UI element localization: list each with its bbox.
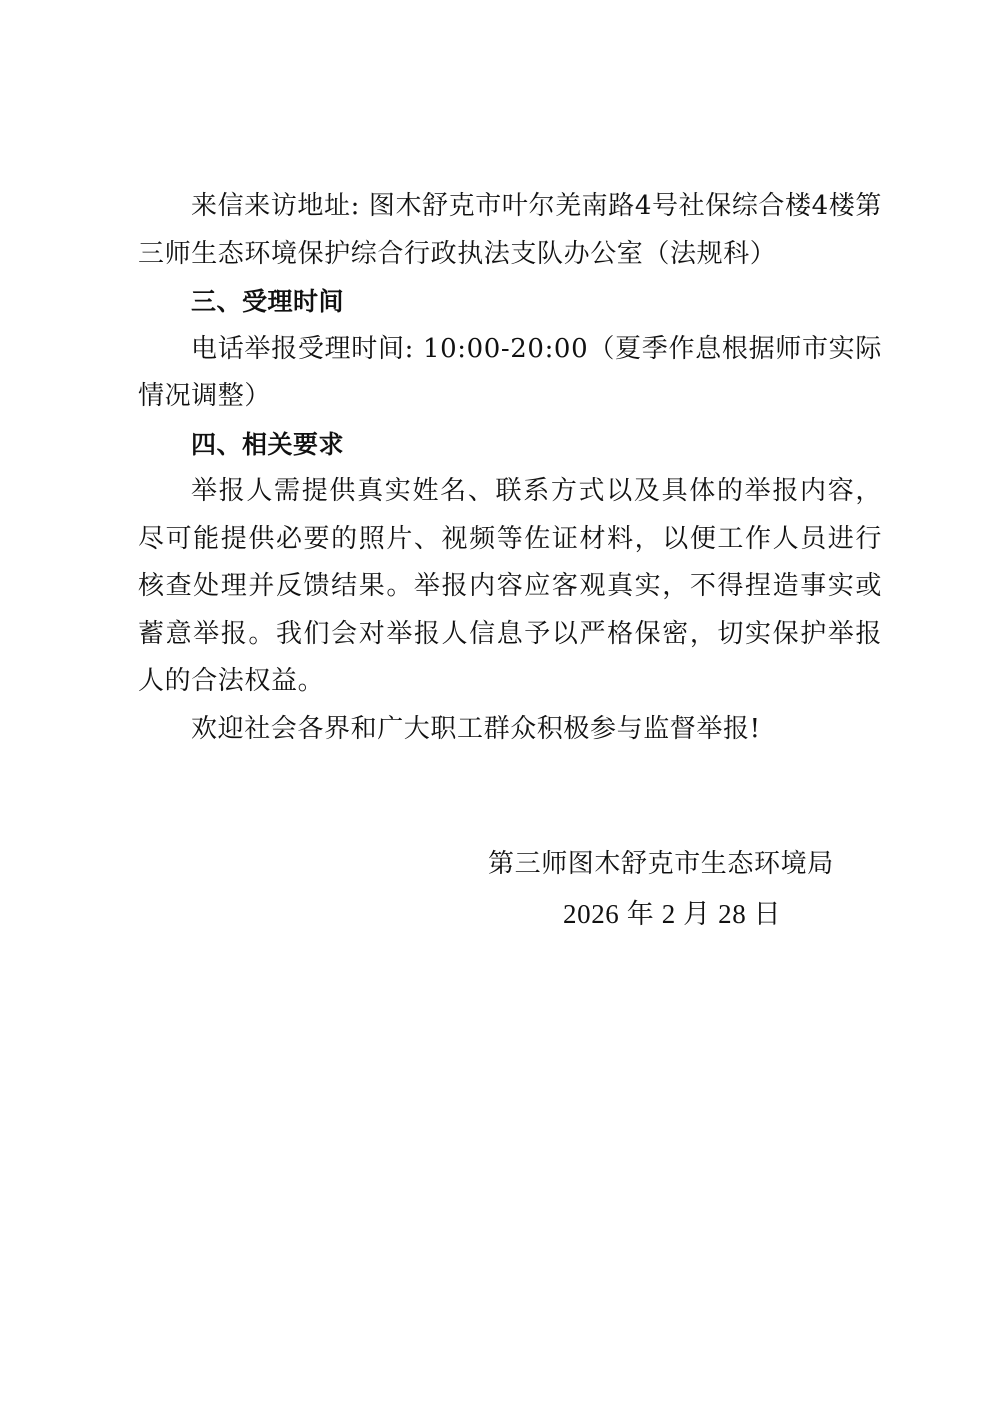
- document-page: 来信来访地址: 图木舒克市叶尔羌南路4号社保综合楼4楼第三师生态环境保护综合行政…: [0, 0, 1000, 1414]
- acceptance-time-paragraph: 电话举报受理时间: 10:00-20:00（夏季作息根据师市实际情况调整）: [138, 326, 882, 421]
- closing-invitation: 欢迎社会各界和广大职工群众积极参与监督举报!: [138, 706, 882, 754]
- signature-date: 2026 年 2 月 28 日: [488, 890, 848, 938]
- requirements-paragraph: 举报人需提供真实姓名、联系方式以及具体的举报内容，尽可能提供必要的照片、视频等佐…: [138, 468, 882, 706]
- section-heading-acceptance-time: 三、受理时间: [138, 278, 882, 326]
- document-body: 来信来访地址: 图木舒克市叶尔羌南路4号社保综合楼4楼第三师生态环境保护综合行政…: [138, 183, 882, 753]
- address-paragraph: 来信来访地址: 图木舒克市叶尔羌南路4号社保综合楼4楼第三师生态环境保护综合行政…: [138, 183, 882, 278]
- signature-block: 第三师图木舒克市生态环境局 2026 年 2 月 28 日: [488, 840, 848, 938]
- signature-organization: 第三师图木舒克市生态环境局: [488, 840, 848, 888]
- section-heading-requirements: 四、相关要求: [138, 421, 882, 469]
